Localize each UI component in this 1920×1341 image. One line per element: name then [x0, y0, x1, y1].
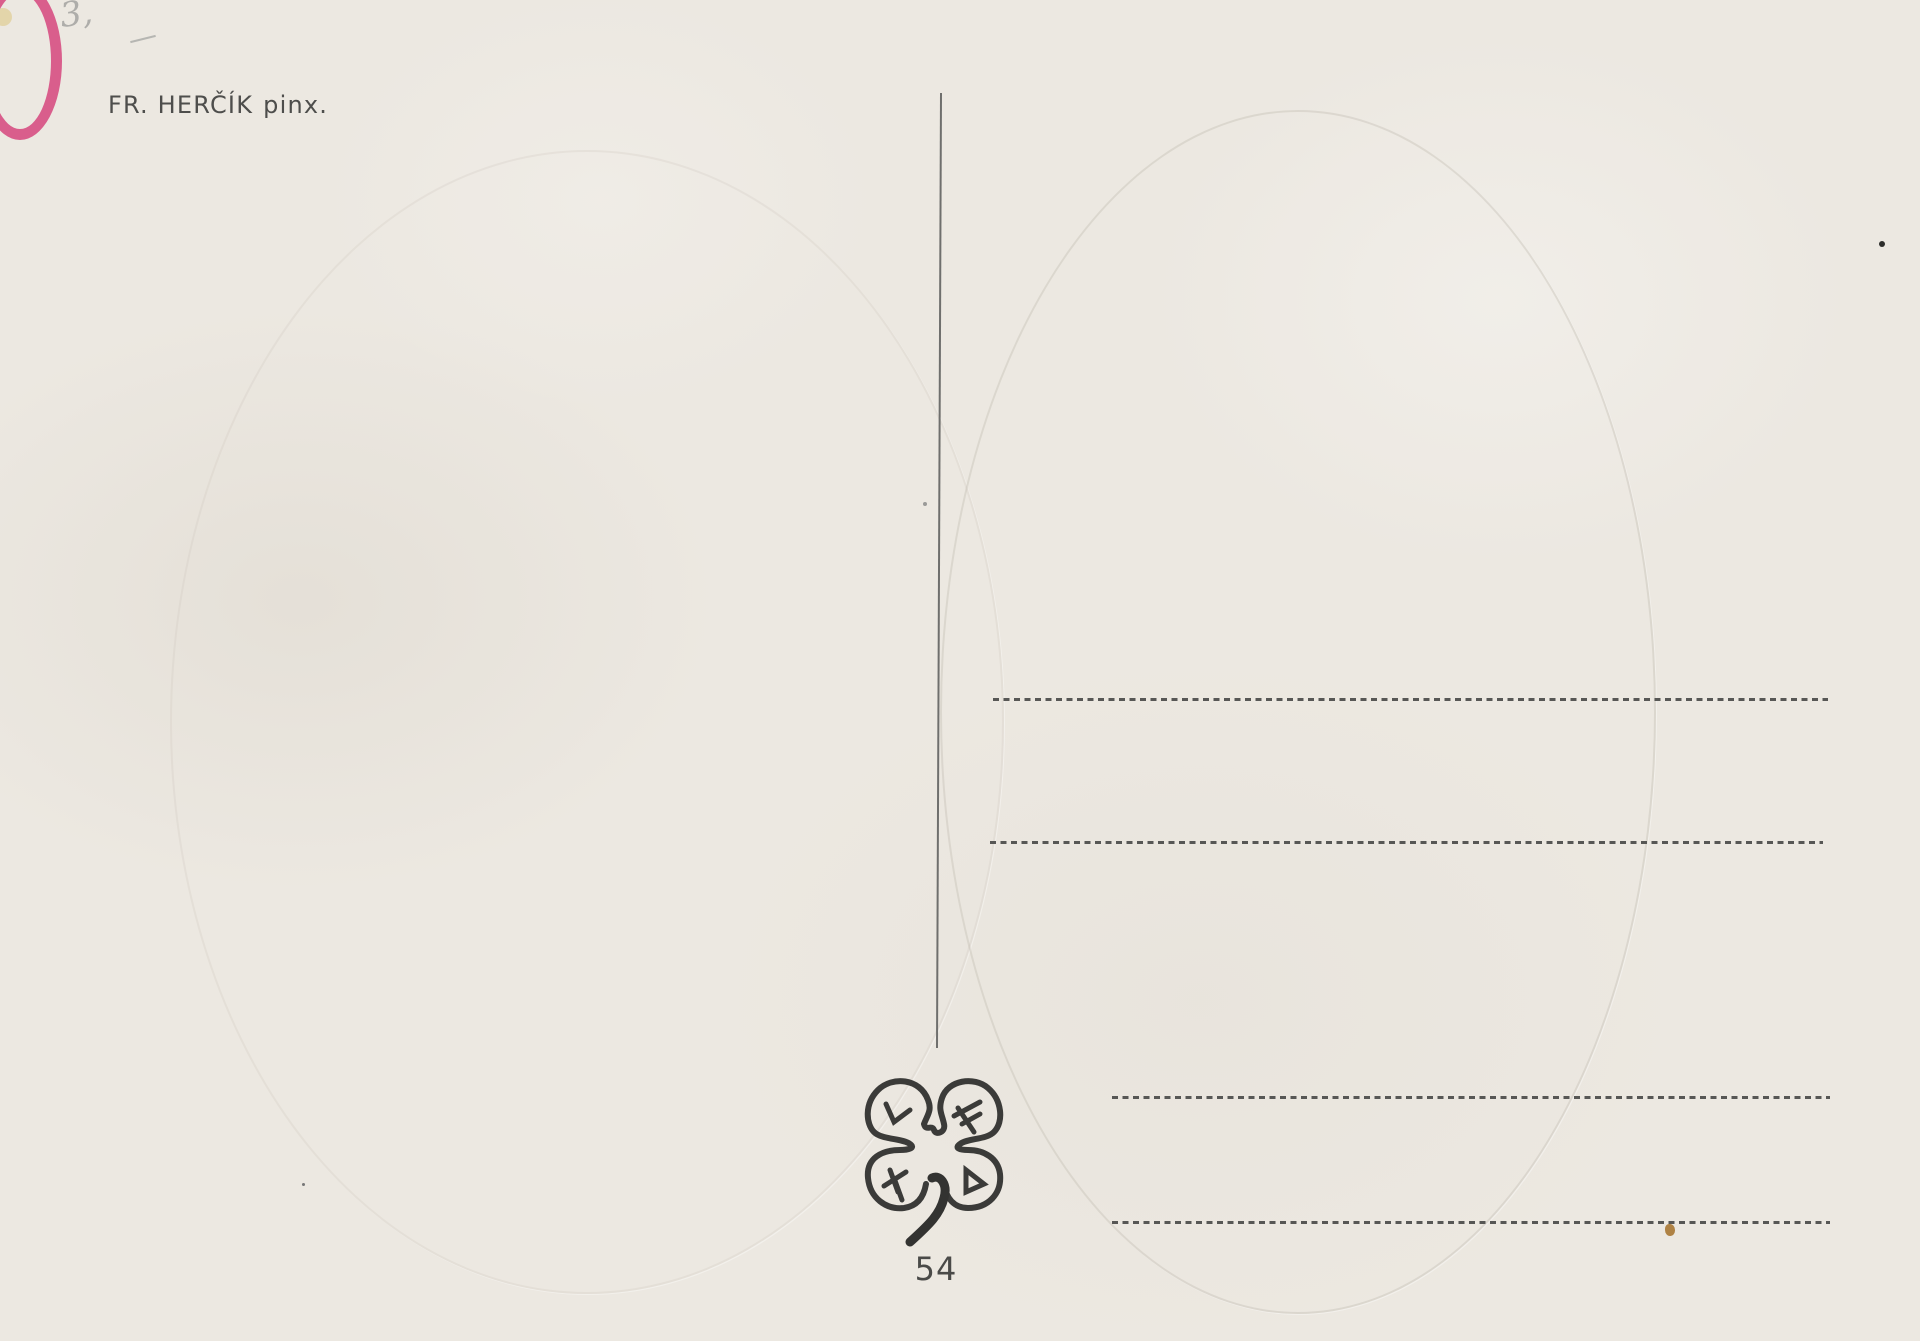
artist-name: FR. HERČÍK — [108, 91, 253, 119]
address-line-1 — [993, 698, 1828, 701]
artist-credit: FR. HERČÍKpinx. — [108, 91, 328, 119]
ink-speck — [1879, 241, 1885, 247]
embossed-oval-right — [940, 110, 1656, 1314]
address-line-2 — [990, 841, 1823, 844]
publisher-number: 54 — [914, 1250, 958, 1288]
four-leaf-clover-icon — [862, 1074, 1008, 1248]
address-line-3 — [1112, 1096, 1830, 1099]
ink-speck — [923, 502, 927, 506]
brown-stain — [1665, 1224, 1675, 1236]
address-line-4 — [1112, 1221, 1830, 1224]
ink-speck — [302, 1183, 305, 1186]
pencil-note: 3, — [57, 0, 95, 36]
artist-credit-suffix: pinx. — [263, 91, 328, 119]
